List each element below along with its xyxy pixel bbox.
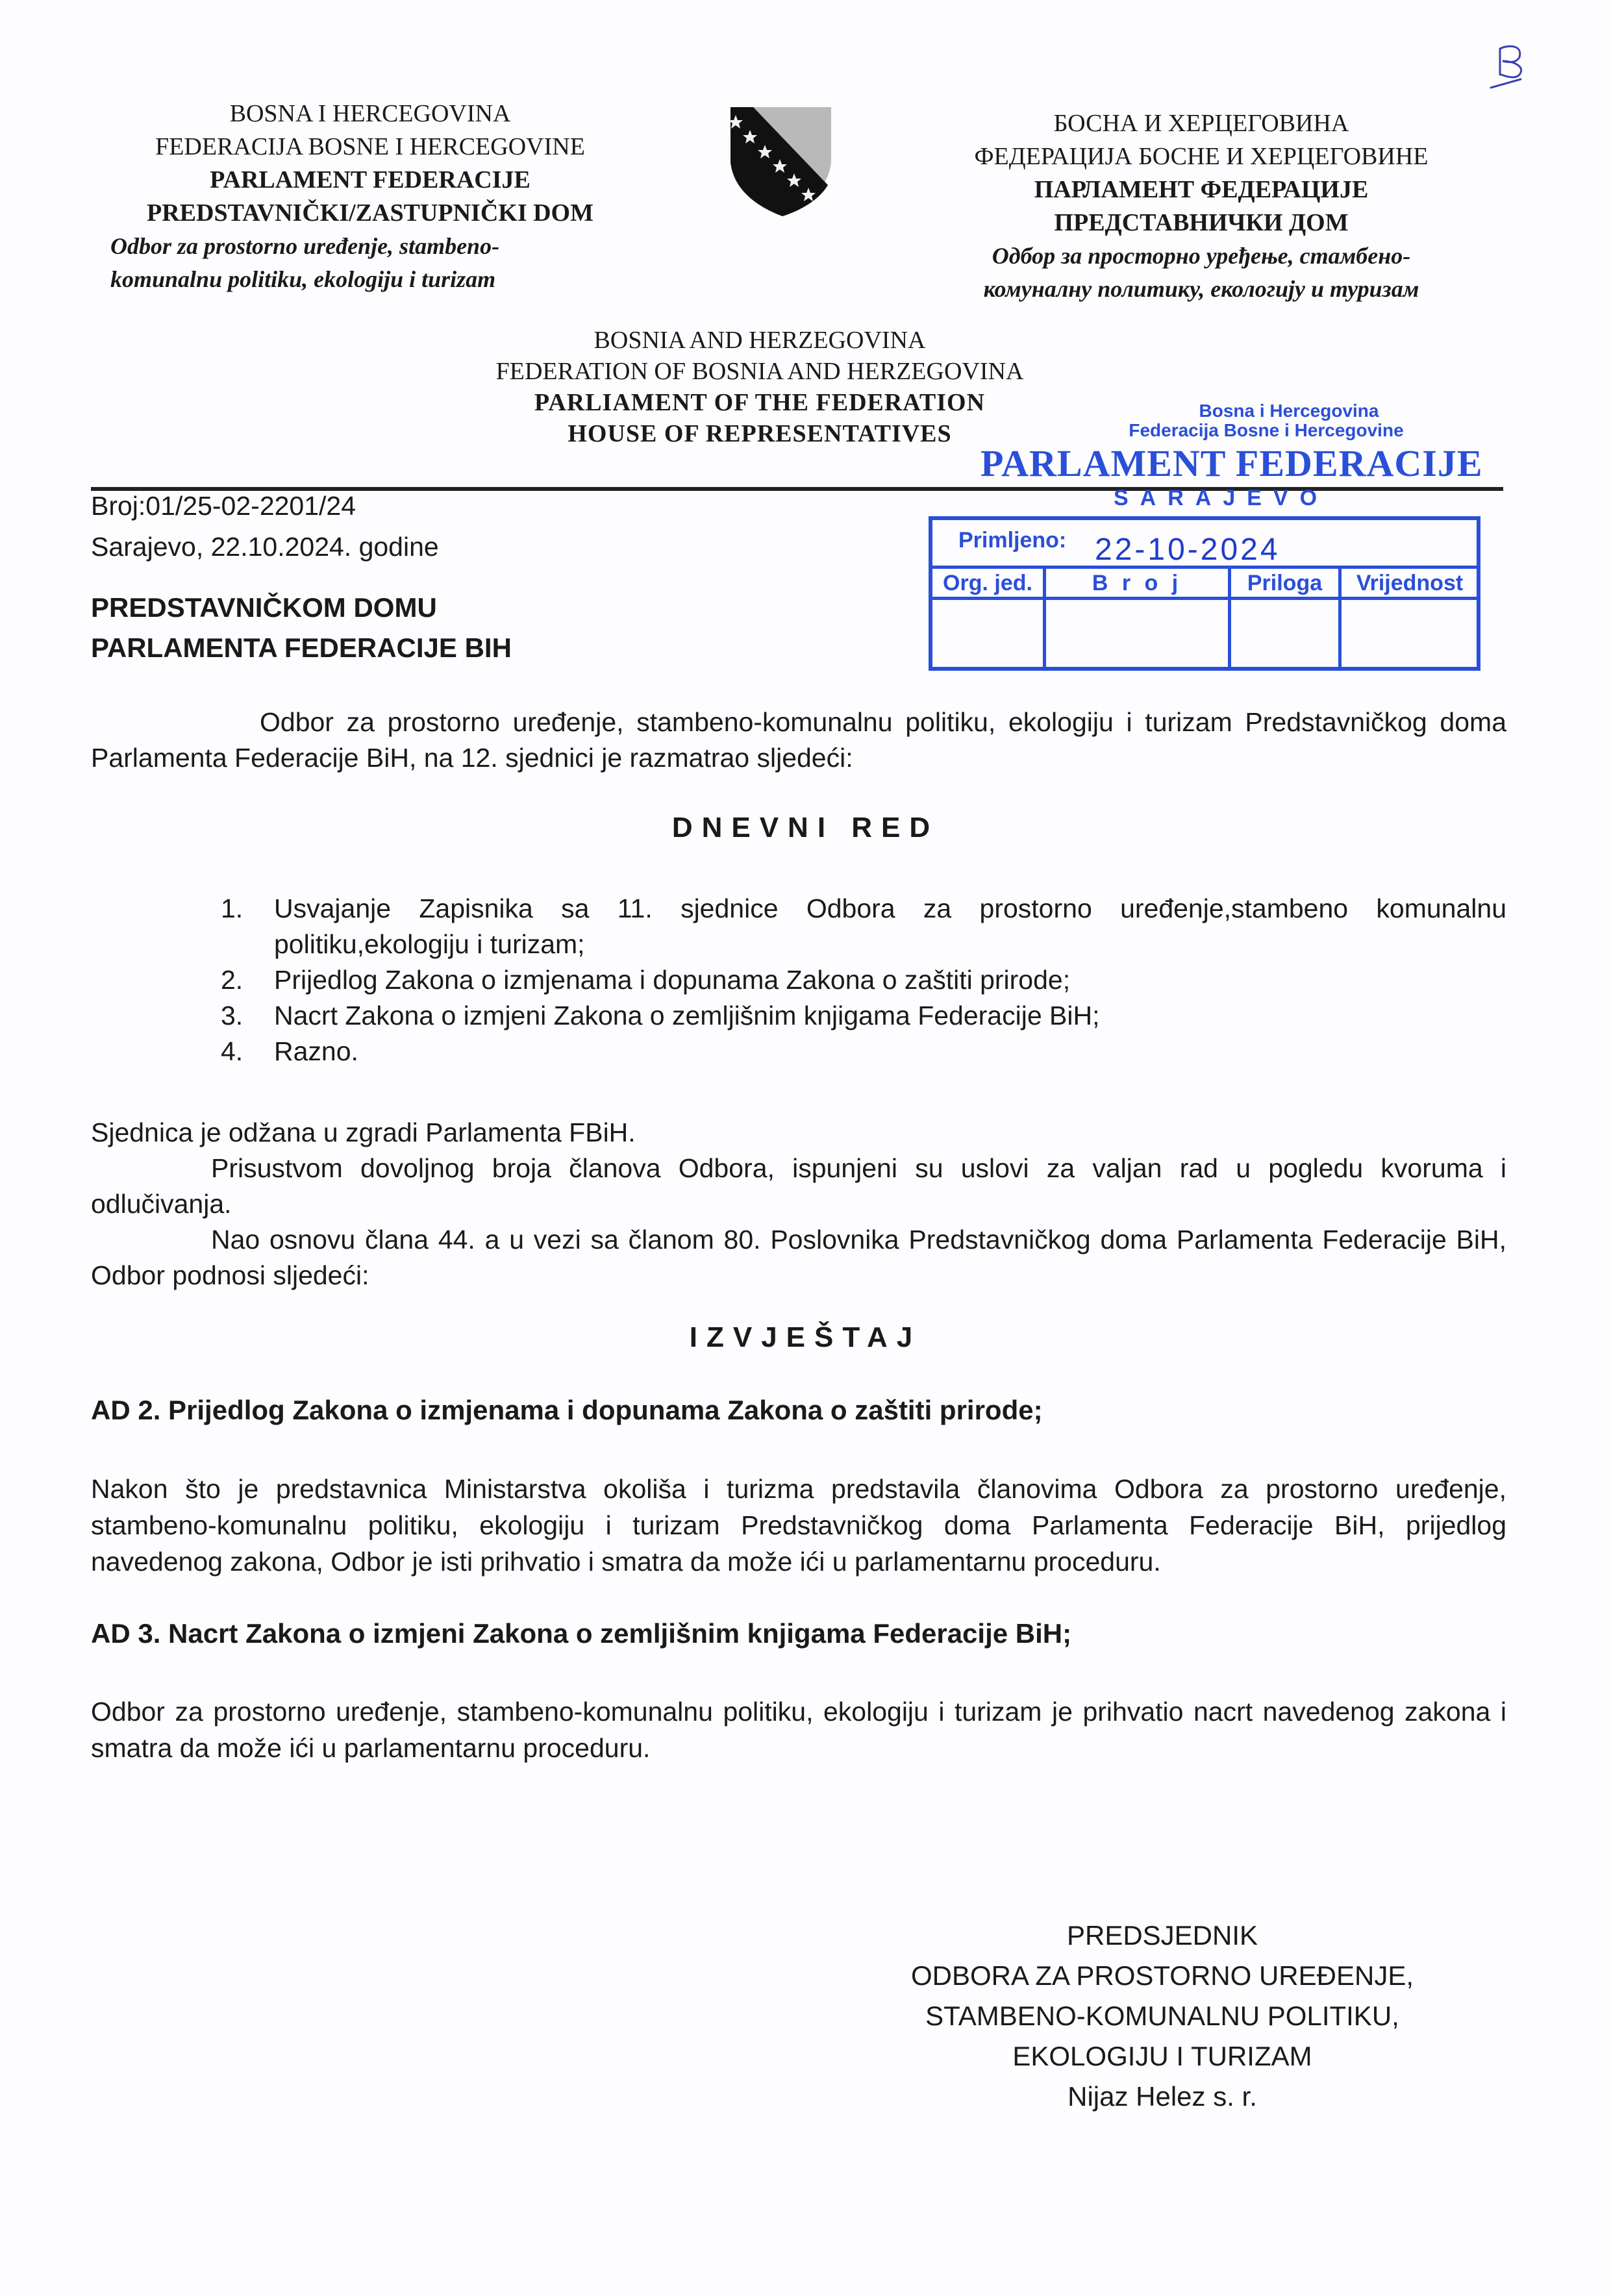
ad2-text: Nakon što je predstavnica Ministarstva o… xyxy=(91,1471,1506,1580)
header-right: БОСНА И ХЕРЦЕГОВИНА ФЕДЕРАЦИЈА БОСНЕ И Х… xyxy=(916,107,1487,306)
recipient-block: PREDSTAVNIČKOM DOMU PARLAMENTA FEDERACIJ… xyxy=(91,588,512,668)
handwritten-mark-icon xyxy=(1487,39,1539,97)
stamp-col-broj: B r o j xyxy=(1046,571,1228,597)
received-label: Primljeno: xyxy=(958,528,1066,553)
agenda-item: 1. Usvajanje Zapisnika sa 11. sjednice O… xyxy=(221,891,1506,962)
session-legal-basis: Nao osnovu člana 44. a u vezi sa članom … xyxy=(91,1222,1506,1293)
session-info: Sjednica je odžana u zgradi Parlamenta F… xyxy=(91,1115,1506,1293)
received-stamp: Primljeno: 22-10-2024 Org. jed. B r o j … xyxy=(929,516,1480,671)
intro-paragraph: Odbor za prostorno uređenje, stambeno-ko… xyxy=(91,705,1506,776)
header-left-country: BOSNA I HERCEGOVINA xyxy=(91,97,649,131)
session-quorum: Prisustvom dovoljnog broja članova Odbor… xyxy=(91,1151,1506,1222)
agenda-title: DNEVNI RED xyxy=(0,812,1611,844)
stamp-line-2: Federacija Bosne i Hercegovine xyxy=(1039,421,1493,440)
stamp-divider xyxy=(932,566,1477,569)
header-left-committee-1: Odbor za prostorno uređenje, stambeno- xyxy=(91,230,649,263)
header-left-parliament: PARLAMENT FEDERACIJE xyxy=(91,164,649,197)
header-english: BOSNIA AND HERZEGOVINA FEDERATION OF BOS… xyxy=(416,325,1104,449)
ad2-heading: AD 2. Prijedlog Zakona o izmjenama i dop… xyxy=(91,1395,1043,1426)
header-en-federation: FEDERATION OF BOSNIA AND HERZEGOVINA xyxy=(416,356,1104,387)
signature-committee-1: ODBORA ZA PROSTORNO UREĐENJE, xyxy=(857,1956,1467,1996)
signature-title: PREDSJEDNIK xyxy=(857,1915,1467,1956)
header-right-committee-2: комуналну политику, екологију и туризам xyxy=(916,273,1487,306)
agenda-list: 1. Usvajanje Zapisnika sa 11. sjednice O… xyxy=(221,891,1506,1069)
reference-number: Broj:01/25-02-2201/24 xyxy=(91,486,439,527)
stamp-divider xyxy=(932,597,1477,600)
header-en-country: BOSNIA AND HERZEGOVINA xyxy=(416,325,1104,356)
ad3-heading: AD 3. Nacrt Zakona o izmjeni Zakona o ze… xyxy=(91,1618,1071,1649)
ad3-text: Odbor za prostorno uređenje, stambeno-ko… xyxy=(91,1693,1506,1766)
header-right-country: БОСНА И ХЕРЦЕГОВИНА xyxy=(916,107,1487,140)
stamp-title: PARLAMENT FEDERACIJE xyxy=(980,442,1483,485)
header-left: BOSNA I HERCEGOVINA FEDERACIJA BOSNE I H… xyxy=(91,97,649,296)
report-title: IZVJEŠTAJ xyxy=(0,1321,1611,1354)
stamp-city: SARAJEVO xyxy=(1114,486,1329,511)
agenda-item-text: Usvajanje Zapisnika sa 11. sjednice Odbo… xyxy=(274,891,1506,962)
signature-committee-3: EKOLOGIJU I TURIZAM xyxy=(857,2036,1467,2077)
header-left-federation: FEDERACIJA BOSNE I HERCEGOVINE xyxy=(91,131,649,164)
stamp-col-priloga: Priloga xyxy=(1231,571,1338,597)
agenda-item: 4. Razno. xyxy=(221,1034,1506,1069)
recipient-line-2: PARLAMENTA FEDERACIJE BIH xyxy=(91,628,512,668)
header-right-house: ПРЕДСТАВНИЧКИ ДОМ xyxy=(916,206,1487,240)
agenda-item: 3. Nacrt Zakona o izmjeni Zakona o zemlj… xyxy=(221,998,1506,1034)
header-left-committee-2: komunalnu politiku, ekologiju i turizam xyxy=(91,263,649,296)
received-date: 22-10-2024 xyxy=(1095,532,1280,568)
header-right-federation: ФЕДЕРАЦИЈА БОСНЕ И ХЕРЦЕГОВИНЕ xyxy=(916,140,1487,173)
stamp-col-vrijednost: Vrijednost xyxy=(1342,571,1478,597)
agenda-item-text: Razno. xyxy=(274,1034,1506,1069)
header-right-committee-1: Одбор за просторно уређење, стамбено- xyxy=(916,240,1487,273)
reference-block: Broj:01/25-02-2201/24 Sarajevo, 22.10.20… xyxy=(91,486,439,568)
signature-name: Nijaz Helez s. r. xyxy=(857,2077,1467,2117)
reference-date: Sarajevo, 22.10.2024. godine xyxy=(91,527,439,568)
agenda-item: 2. Prijedlog Zakona o izmjenama i dopuna… xyxy=(221,962,1506,998)
coat-of-arms-icon xyxy=(724,101,838,218)
recipient-line-1: PREDSTAVNIČKOM DOMU xyxy=(91,588,512,628)
signature-committee-2: STAMBENO-KOMUNALNU POLITIKU, xyxy=(857,1996,1467,2036)
agenda-item-number: 1. xyxy=(221,891,274,962)
agenda-item-number: 3. xyxy=(221,998,274,1034)
intro-text: Odbor za prostorno uređenje, stambeno-ko… xyxy=(91,705,1506,776)
session-location: Sjednica je odžana u zgradi Parlamenta F… xyxy=(91,1115,1506,1151)
stamp-header: Bosna i Hercegovina Federacija Bosne i H… xyxy=(1039,401,1493,440)
stamp-col-org: Org. jed. xyxy=(932,571,1043,597)
header-right-parliament: ПАРЛАМЕНТ ФЕДЕРАЦИЈЕ xyxy=(916,173,1487,206)
stamp-line-1: Bosna i Hercegovina xyxy=(1039,401,1493,421)
signature-block: PREDSJEDNIK ODBORA ZA PROSTORNO UREĐENJE… xyxy=(857,1915,1467,2117)
agenda-item-text: Prijedlog Zakona o izmjenama i dopunama … xyxy=(274,962,1506,998)
agenda-item-text: Nacrt Zakona o izmjeni Zakona o zemljišn… xyxy=(274,998,1506,1034)
header-left-house: PREDSTAVNIČKI/ZASTUPNIČKI DOM xyxy=(91,197,649,230)
agenda-item-number: 2. xyxy=(221,962,274,998)
header-en-parliament: PARLIAMENT OF THE FEDERATION xyxy=(416,387,1104,418)
agenda-item-number: 4. xyxy=(221,1034,274,1069)
